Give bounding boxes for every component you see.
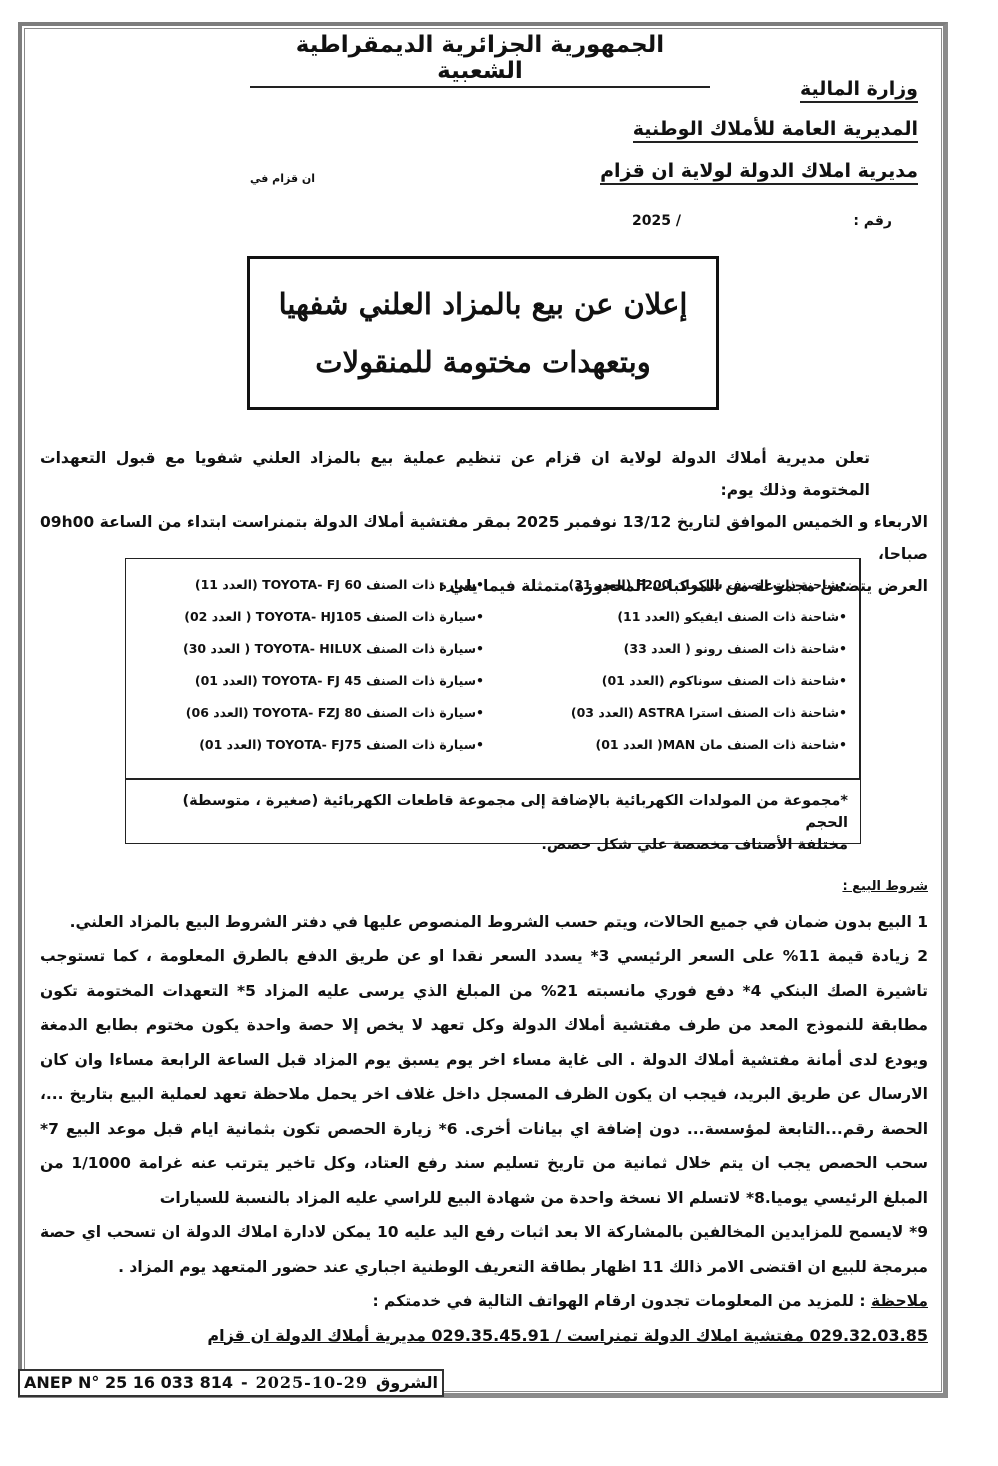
conditions-title: شروط البيع : [40, 870, 928, 905]
announcement-title-box: إعلان عن بيع بالمزاد العلني شفهيا وبتعهد… [247, 256, 719, 410]
car-item: •سيارة ذات الصنف TOYOTA- HJ105 ( العدد 0… [126, 601, 484, 633]
publication-date: 2025-10-29 [256, 1371, 368, 1395]
car-item: •سيارة ذات الصنف TOYOTA- FJ75 (العدد 01) [126, 729, 484, 761]
truck-item: •شاحنة ذات الصنف مان MAN( العدد 01) [496, 729, 847, 761]
note-text: : للمزيد من المعلومات تجدون ارقام الهوات… [372, 1292, 871, 1310]
republic-title: الجمهورية الجزائرية الديمقراطية الشعبية [250, 32, 710, 88]
directorate-general-heading: المديرية العامة للأملاك الوطنية [633, 118, 918, 140]
place-date-label: ان قزام في [250, 172, 315, 185]
phone-numbers: 029.32.03.85 مفتشية املاك الدولة تمنراست… [40, 1319, 928, 1354]
cars-column: •سيارة ذات الصنف TOYOTA- FJ 60 (العدد 11… [126, 559, 496, 778]
anep-number: ANEP N° 25 16 033 814 [24, 1371, 233, 1395]
condition-paragraph: 2 زيادة قيمة 11% على السعر الرئيسي 3* يس… [40, 939, 928, 1215]
generators-row: *مجموعة من المولدات الكهربائية بالإضافة … [125, 778, 861, 844]
generators-line-2: مختلفة الأصناف مخصصة علي شكل حصص. [138, 834, 848, 856]
generators-line-1: *مجموعة من المولدات الكهربائية بالإضافة … [138, 790, 848, 834]
anep-footer-stamp: ANEP N° 25 16 033 814 - 2025-10-29 الشرو… [18, 1369, 444, 1397]
note: ملاحظة : للمزيد من المعلومات تجدون ارقام… [40, 1284, 928, 1319]
announcement-line-1: إعلان عن بيع بالمزاد العلني شفهيا [279, 275, 688, 333]
truck-item: •شاحنة ذات الصنف سوناكوم (العدد 01) [496, 665, 847, 697]
announcement-line-2: وبتعهدات مختومة للمنقولات [315, 333, 650, 391]
note-label: ملاحظة [871, 1292, 928, 1310]
car-item: •سيارة ذات الصنف TOYOTA- FZJ 80 (العدد 0… [126, 697, 484, 729]
truck-item: •شاحنة ذات الصنف رونو ( العدد 33) [496, 633, 847, 665]
car-item: •سيارة ذات الصنف TOYOTA- HILUX ( العدد 3… [126, 633, 484, 665]
car-item: •سيارة ذات الصنف TOYOTA- FJ 45 (العدد 01… [126, 665, 484, 697]
reference-number: رقم : / 2025 [632, 213, 892, 229]
reference-value: / 2025 [632, 213, 681, 229]
sale-conditions: شروط البيع : 1 البيع بدون ضمان في جميع ا… [40, 870, 928, 1353]
directorate-heading: مديرية املاك الدولة لولاية ان قزام [600, 160, 918, 182]
anep-separator: - [241, 1371, 248, 1395]
reference-label: رقم : [853, 213, 892, 229]
truck-item: •شاحنة ذات الصنف شاكمان F200 (العدد 31) [496, 569, 847, 601]
condition-paragraph: 9* لايسمح للمزايدين المخالفين بالمشاركة … [40, 1215, 928, 1284]
vehicles-table: •سيارة ذات الصنف TOYOTA- FJ 60 (العدد 11… [125, 558, 861, 779]
car-item: •سيارة ذات الصنف TOYOTA- FJ 60 (العدد 11… [126, 569, 484, 601]
trucks-column: •شاحنة ذات الصنف شاكمان F200 (العدد 31) … [496, 559, 860, 778]
truck-item: •شاحنة ذات الصنف ايفيكو (العدد 11) [496, 601, 847, 633]
truck-item: •شاحنة ذات الصنف استرا ASTRA (العدد 03) [496, 697, 847, 729]
newspaper-logo: الشروق [376, 1371, 438, 1395]
condition-paragraph: 1 البيع بدون ضمان في جميع الحالات، ويتم … [40, 905, 928, 940]
intro-line-1: تعلن مديرية أملاك الدولة لولاية ان قزام … [40, 442, 928, 506]
ministry-heading: وزارة المالية [800, 78, 918, 100]
